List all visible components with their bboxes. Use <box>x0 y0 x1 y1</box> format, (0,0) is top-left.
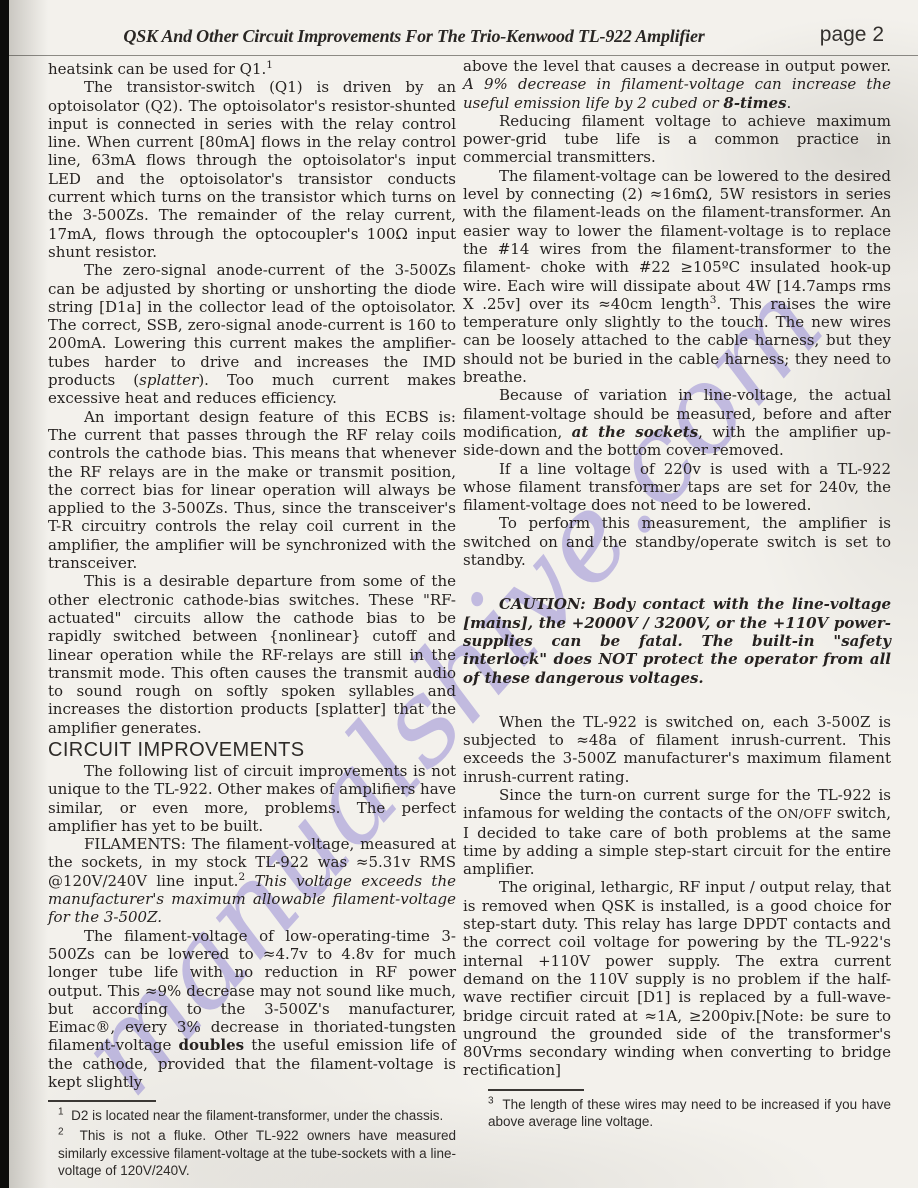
paragraph: The filament-voltage of low-operating-ti… <box>48 927 456 1092</box>
footnote: 1 D2 is located near the filament-transf… <box>48 1107 456 1125</box>
text-run: This is not a fluke. Other TL-922 owners… <box>58 1128 456 1178</box>
paragraph: Because of variation in line-voltage, th… <box>463 386 891 459</box>
paragraph: heatsink can be used for Q1.1 <box>48 60 456 78</box>
paragraph: The following list of circuit improvemen… <box>48 762 456 835</box>
paragraph: To perform this measurement, the amplifi… <box>463 514 891 569</box>
text-run: doubles <box>179 1036 245 1054</box>
paragraph: When the TL-922 is switched on, each 3-5… <box>463 713 891 786</box>
text-run: 1 <box>266 59 273 71</box>
footnote-rule <box>488 1089 584 1091</box>
text-run: An important design feature of this ECBS… <box>48 408 456 572</box>
text-run: 8-times <box>723 94 786 112</box>
text-run: This is a desirable departure from some … <box>48 572 456 736</box>
text-run: The transistor-switch (Q1) is driven by … <box>48 78 456 261</box>
text-run: The length of these wires may need to be… <box>488 1097 891 1130</box>
text-run: To perform this measurement, the amplifi… <box>463 514 891 569</box>
footnote: 3 The length of these wires may need to … <box>463 1096 891 1131</box>
text-run: If a line voltage of 220v is used with a… <box>463 460 891 515</box>
page-number: page 2 <box>820 23 884 47</box>
paragraph: The transistor-switch (Q1) is driven by … <box>48 78 456 261</box>
left-column: heatsink can be used for Q1.1The transis… <box>48 60 456 1180</box>
page-header-title: QSK And Other Circuit Improvements For T… <box>60 26 768 47</box>
text-run: The filament-voltage of low-operating-ti… <box>48 927 456 1055</box>
scanned-document-page: manualshive.com QSK And Other Circuit Im… <box>0 0 918 1188</box>
text-run: CIRCUIT IMPROVEMENTS <box>48 739 305 761</box>
text-run: . <box>787 94 792 112</box>
section-heading: CIRCUIT IMPROVEMENTS <box>48 739 456 762</box>
text-run: The zero-signal anode-current of the 3-5… <box>48 261 456 389</box>
text-run: above the level that causes a decrease i… <box>463 57 891 75</box>
text-run: at the sockets <box>572 423 699 441</box>
paragraph: If a line voltage of 220v is used with a… <box>463 460 891 515</box>
text-run: D2 is located near the filament-transfor… <box>64 1108 444 1123</box>
paragraph: The filament-voltage can be lowered to t… <box>463 167 891 387</box>
footnote: 2 This is not a fluke. Other TL-922 owne… <box>48 1127 456 1180</box>
paragraph: CAUTION: Body contact with the line-volt… <box>463 595 891 686</box>
paragraph: FILAMENTS: The filament-voltage, measure… <box>48 835 456 926</box>
text-run: heatsink can be used for Q1. <box>48 60 266 78</box>
paragraph: This is a desirable departure from some … <box>48 572 456 737</box>
paragraph: The original, lethargic, RF input / outp… <box>463 878 891 1079</box>
paragraph: Since the turn-on current surge for the … <box>463 786 891 878</box>
text-run: splatter <box>139 371 198 389</box>
text-run: ON/OFF <box>777 806 832 821</box>
text-run: The filament-voltage can be lowered to t… <box>463 167 891 313</box>
paragraph: Reducing filament voltage to achieve max… <box>463 112 891 167</box>
header-rule <box>9 55 918 56</box>
text-run <box>245 872 254 890</box>
footnote-rule <box>48 1100 156 1102</box>
text-run: Reducing filament voltage to achieve max… <box>463 112 891 167</box>
paragraph: An important design feature of this ECBS… <box>48 408 456 573</box>
paragraph: above the level that causes a decrease i… <box>463 57 891 112</box>
text-run: The original, lethargic, RF input / outp… <box>463 878 891 1079</box>
text-run: The following list of circuit improvemen… <box>48 762 456 835</box>
text-run: CAUTION: Body contact with the line-volt… <box>463 595 891 686</box>
paragraph: The zero-signal anode-current of the 3-5… <box>48 261 456 407</box>
text-run: A 9% decrease in filament-voltage can in… <box>463 75 891 111</box>
text-run: When the TL-922 is switched on, each 3-5… <box>463 713 891 786</box>
right-column: above the level that causes a decrease i… <box>463 57 891 1131</box>
scan-left-edge <box>0 0 9 1188</box>
